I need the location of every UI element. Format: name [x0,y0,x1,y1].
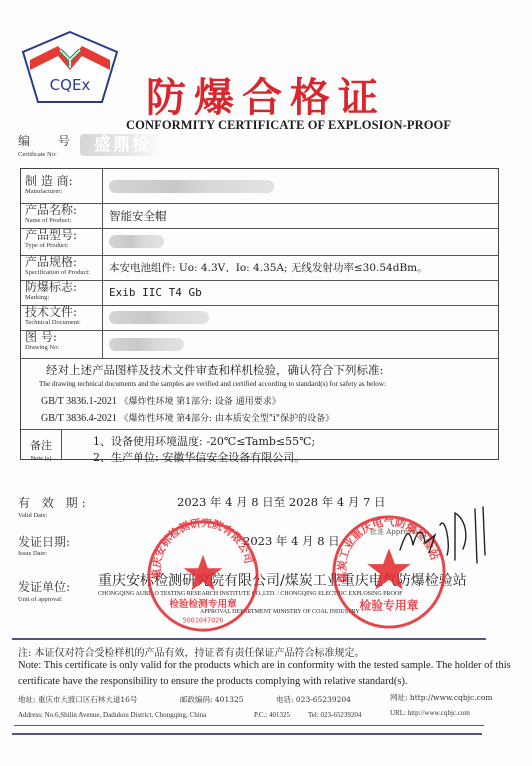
field-label-en: Drawing No: [25,344,102,352]
field-label: 产品名称: [25,204,102,217]
notes-block: 备注 Note (s) 1、设备使用环境温度: -20℃≤Tamb≤55℃; 2… [21,429,498,459]
notes-label: 备注 Note (s) [21,429,62,459]
field-row-technical-document: 技术文件:Technical Document: [21,305,498,331]
postcode-cn: 邮政编码: 401325 [180,694,244,705]
postcode-en: P.C.: 401325 [254,711,290,719]
field-row-product-name: 产品名称:Name of Product: 智能安全帽 [21,203,498,229]
field-label: 产品规格: [25,256,102,269]
field-label: 技术文件: [25,306,102,319]
field-label: 制 造 商: [25,175,102,188]
address-cn: 地址: 重庆市大渡口区石林大道16号 [18,694,137,705]
address-en: Address: No.6,Shilin Avenue, Dadukou Dis… [18,711,206,719]
issue-date-label-en: Issue Date: [18,550,47,557]
footer-note-cn: 注: 本证仅对符合受检样机的产品有效，持证者有责任保证产品符合标准规定。 [18,644,365,659]
web-en[interactable]: URL: http://www.cqbjc.com [390,709,470,717]
footer-note-en-line2: certificate have the responsibility to e… [18,676,408,687]
field-row-manufacturer: 制 造 商:Manufacturer: [21,169,498,204]
redacted-value [109,180,274,193]
standards-intro: 经对上述产品图样及技术文件审查和样机检验，确认符合下列标准: [46,362,383,378]
footer-note-en-line1: Note: This certificate is only valid for… [18,660,511,671]
standards-block: 经对上述产品图样及技术文件审查和样机检验，确认符合下列标准: The drawi… [21,358,498,430]
standard-item: GB/T 3836.4-2021 《爆炸性环境 第4部分: 由本质安全型"i"保… [41,411,334,424]
field-row-marking: 防爆标志:Marking: Exib IIC T4 Gb [21,280,498,306]
footer-divider-bottom [12,733,482,735]
field-row-drawing-no: 图 号:Drawing No: [21,330,498,359]
field-value: 智能安全帽 [109,203,498,228]
web-cn[interactable]: 网址: http://www.cqbjc.com [390,692,492,703]
approval-unit-label-en: Unit of approval: [18,596,63,603]
approval-unit-label: 发证单位: [18,578,70,595]
certificate-table: 制 造 商:Manufacturer: 产品名称:Name of Product… [20,168,499,460]
signature [395,505,495,567]
svg-text:CQEx: CQEx [50,76,91,94]
svg-text:5001047026: 5001047026 [183,616,224,624]
field-label-en: Technical Document: [25,319,102,327]
title-cn: 防爆合格证 [146,66,386,123]
redacted-value [109,235,164,248]
title-en: CONFORMITY CERTIFICATE OF EXPLOSION-PROO… [126,118,451,133]
official-seal-1: 重庆安标检测研究院有限公司 检验检测专用章 5001047026 [145,518,261,634]
note-item: 2、生产单位: 安徽华信安全设备有限公司。 [93,449,305,465]
valid-date-label: 有 效 期: [18,494,90,511]
field-label-en: Name of Product: [25,217,102,225]
watermark: 盛鼎检 [80,134,160,156]
note-item: 1、设备使用环境温度: -20℃≤Tamb≤55℃; [93,433,315,449]
svg-text:检验专用章: 检验专用章 [360,598,419,612]
tel-en: Tel: 023-65239204 [308,711,361,719]
certificate-no-label-en: Certificate No: [18,151,57,158]
field-label: 防爆标志: [25,281,102,294]
svg-text:检验检测专用章: 检验检测专用章 [169,598,237,610]
field-label-en: Type of Product: [25,242,102,250]
redacted-value [109,311,209,324]
cqex-logo: CQEx [20,30,120,105]
field-label: 产品型号: [25,229,102,242]
issue-date-label: 发证日期: [18,533,70,550]
field-row-product-type: 产品型号:Type of Product: [21,228,498,256]
field-label-en: Marking: [25,294,102,302]
valid-date-value: 2023 年 4 月 8 日至 2028 年 4 月 7 日 [177,494,386,510]
footer-divider-mid [14,725,484,726]
field-label-en: Manufacturer: [25,188,102,196]
field-value: Exib IIC T4 Gb [109,280,498,305]
field-label: 图 号: [25,331,102,344]
field-label-en: Specification of Product: [25,269,102,277]
tel-cn: 电话: 023-65239204 [276,694,351,705]
redacted-value [109,338,184,351]
footer-divider-top [12,638,486,640]
standard-item: GB/T 3836.1-2021 《爆炸性环境 第1部分: 设备 通用要求》 [41,394,281,407]
field-row-specification: 产品规格:Specification of Product: 本安电池组件: U… [21,255,498,281]
valid-date-label-en: Valid Date: [18,512,47,519]
field-value: 本安电池组件: Uo: 4.3V、Io: 4.35A; 无线发射功率≤30.54… [109,255,498,280]
standards-intro-en: The drawing technical documents and the … [39,380,386,388]
